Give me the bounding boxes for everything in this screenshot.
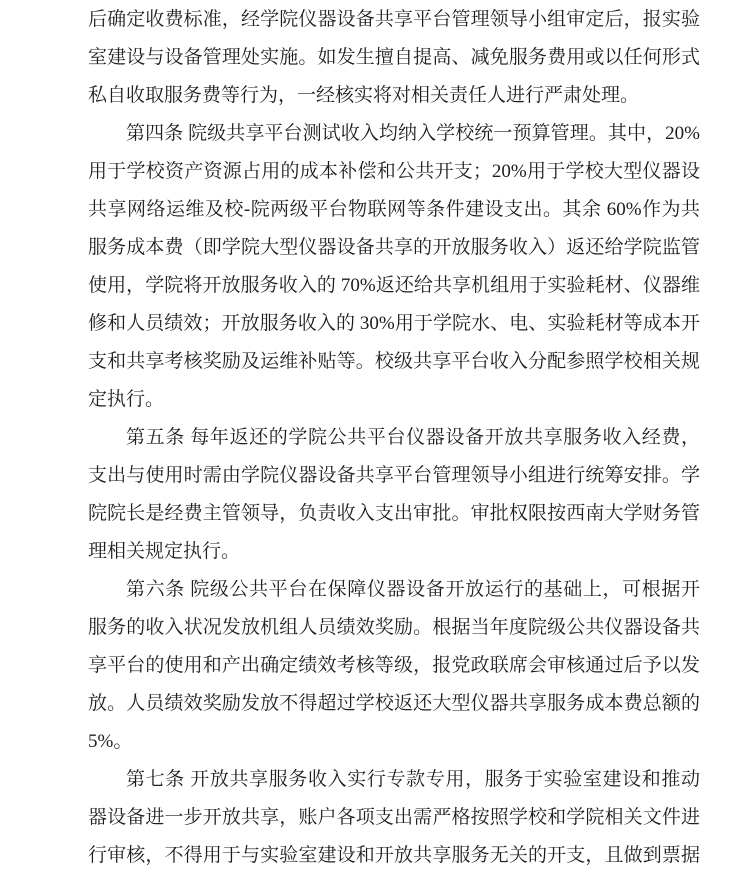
text-line: 服务成本费（即学院大型仪器设备共享的开放服务收入）返还给学院监管 [88,229,700,267]
document-paragraph-article-7: 第七条 开放共享服务收入实行专款专用，服务于实验室建设和推动仪器设备进一步开放共… [88,761,700,869]
document-paragraph-article-6: 第六条 院级公共平台在保障仪器设备开放运行的基础上，可根据开放服务的收入状况发放… [88,571,700,761]
text-line: 支和共享考核奖励及运维补贴等。校级共享平台收入分配参照学校相关规 [88,343,700,381]
text-line: 修和人员绩效；开放服务收入的 30%用于学院水、电、实验耗材等成本开 [88,305,700,343]
text-line: 定执行。 [88,381,700,419]
text-line: 第七条 开放共享服务收入实行专款专用，服务于实验室建设和推动仪 [88,761,700,799]
text-line: 第六条 院级公共平台在保障仪器设备开放运行的基础上，可根据开放 [88,571,700,609]
document-page: 后确定收费标准，经学院仪器设备共享平台管理领导小组审定后，报实验室建设与设备管理… [0,0,751,869]
text-line: 用于学校资产资源占用的成本补偿和公共开支；20%用于学校大型仪器设备 [88,153,700,191]
text-line: 享平台的使用和产出确定绩效考核等级，报党政联席会审核通过后予以发 [88,647,700,685]
document-paragraph-continuation-from-previous-page: 后确定收费标准，经学院仪器设备共享平台管理领导小组审定后，报实验室建设与设备管理… [88,1,700,115]
document-paragraph-article-5: 第五条 每年返还的学院公共平台仪器设备开放共享服务收入经费，在支出与使用时需由学… [88,419,700,571]
text-line: 院院长是经费主管领导，负责收入支出审批。审批权限按西南大学财务管 [88,495,700,533]
text-line: 使用，学院将开放服务收入的 70%返还给共享机组用于实验耗材、仪器维 [88,267,700,305]
text-line: 服务的收入状况发放机组人员绩效奖励。根据当年度院级公共仪器设备共 [88,609,700,647]
text-line: 第四条 院级共享平台测试收入均纳入学校统一预算管理。其中，20% [88,115,700,153]
text-line: 放。人员绩效奖励发放不得超过学校返还大型仪器共享服务成本费总额的 [88,685,700,723]
text-line: 私自收取服务费等行为，一经核实将对相关责任人进行严肃处理。 [88,77,700,115]
text-line: 5%。 [88,723,700,761]
text-line: 室建设与设备管理处实施。如发生擅自提高、减免服务费用或以任何形式 [88,39,700,77]
text-line: 支出与使用时需由学院仪器设备共享平台管理领导小组进行统筹安排。学 [88,457,700,495]
document-paragraph-article-4: 第四条 院级共享平台测试收入均纳入学校统一预算管理。其中，20%用于学校资产资源… [88,115,700,419]
text-line: 第五条 每年返还的学院公共平台仪器设备开放共享服务收入经费，在 [88,419,700,457]
text-line: 器设备进一步开放共享，账户各项支出需严格按照学校和学院相关文件进 [88,799,700,837]
text-line: 后确定收费标准，经学院仪器设备共享平台管理领导小组审定后，报实验 [88,1,700,39]
text-line: 理相关规定执行。 [88,533,700,571]
text-line: 行审核，不得用于与实验室建设和开放共享服务无关的开支，且做到票据 [88,837,700,869]
document-body: 后确定收费标准，经学院仪器设备共享平台管理领导小组审定后，报实验室建设与设备管理… [88,1,700,869]
text-line: 共享网络运维及校-院两级平台物联网等条件建设支出。其余 60%作为共享 [88,191,700,229]
